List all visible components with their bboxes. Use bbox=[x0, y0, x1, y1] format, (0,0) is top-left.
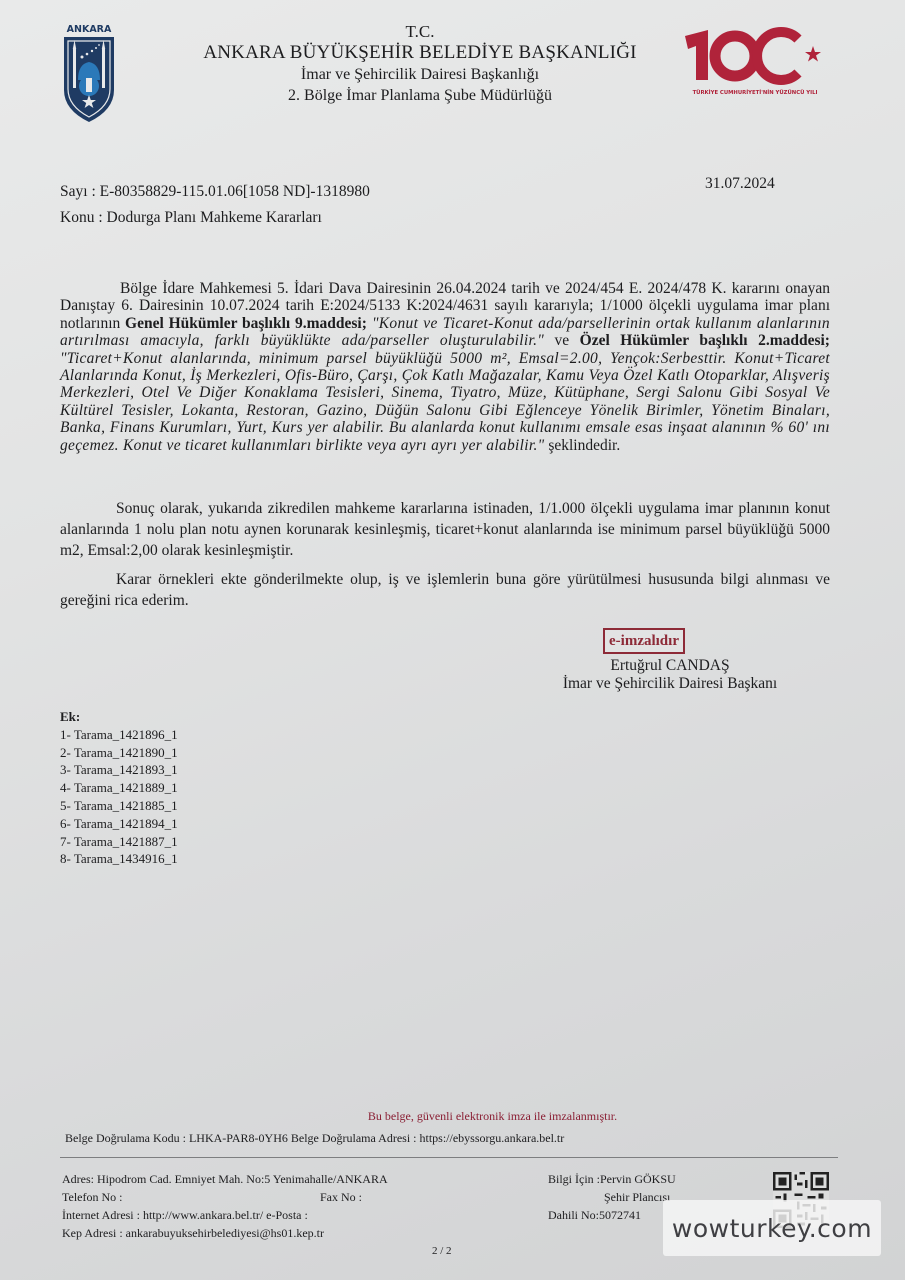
header-organization: ANKARA BÜYÜKŞEHİR BELEDİYE BAŞKANLIĞI bbox=[180, 42, 660, 64]
centennial-100-icon: TÜRKİYE CUMHURİYETİ'NİN YÜZÜNCÜ YILI bbox=[680, 22, 830, 102]
footer-contact: Adres: Hipodrom Cad. Emniyet Mah. No:5 Y… bbox=[62, 1170, 388, 1242]
sayi-label: Sayı bbox=[60, 183, 88, 200]
header-tc: T.C. bbox=[180, 22, 660, 42]
watermark: wowturkey.com bbox=[663, 1200, 881, 1256]
secure-signature-note: Bu belge, güvenli elektronik imza ile im… bbox=[0, 1109, 905, 1124]
attachment-item: 5- Tarama_1421885_1 bbox=[60, 797, 178, 815]
konu-value: : Dodurga Planı Mahkeme Kararları bbox=[98, 209, 322, 226]
signatory-name: Ertuğrul CANDAŞ bbox=[520, 657, 820, 675]
attachment-item: 7- Tarama_1421887_1 bbox=[60, 833, 178, 851]
document-subject: Konu : Dodurga Planı Mahkeme Kararları bbox=[60, 209, 322, 227]
document-number: Sayı : E-80358829-115.01.06[1058 ND]-131… bbox=[60, 183, 370, 201]
footer-address: Adres: Hipodrom Cad. Emniyet Mah. No:5 Y… bbox=[62, 1170, 388, 1188]
special-provisions-heading: Özel Hükümler başlıklı 2.maddesi; bbox=[580, 332, 830, 349]
sayi-value: : E-80358829-115.01.06[1058 ND]-1318980 bbox=[91, 183, 369, 200]
attachment-item: 1- Tarama_1421896_1 bbox=[60, 726, 178, 744]
body-paragraph-1: Bölge İdare Mahkemesi 5. İdari Dava Dair… bbox=[60, 280, 830, 454]
footer-kep: Kep Adresi : ankarabuyuksehirbelediyesi@… bbox=[62, 1224, 388, 1242]
document-page: ANKARA T.C. ANKARA BÜYÜKŞEHİR BELEDİYE B… bbox=[0, 0, 905, 1280]
signatory: Ertuğrul CANDAŞ İmar ve Şehircilik Daire… bbox=[520, 657, 820, 693]
body-paragraph-3: Karar örnekleri ekte gönderilmekte olup,… bbox=[60, 569, 830, 611]
attachment-item: 4- Tarama_1421889_1 bbox=[60, 779, 178, 797]
footer-contact-person: Bilgi İçin :Pervin GÖKSU Şehir Plancısı … bbox=[548, 1170, 676, 1224]
body-paragraph-2: Sonuç olarak, yukarıda zikredilen mahkem… bbox=[60, 498, 830, 561]
document-date: 31.07.2024 bbox=[705, 175, 775, 193]
general-provisions-heading: Genel Hükümler başlıklı 9.maddesi; bbox=[125, 315, 367, 332]
page-number: 2 / 2 bbox=[432, 1245, 452, 1257]
info-extension: Dahili No:5072741 bbox=[548, 1206, 676, 1224]
ankara-emblem-icon: ANKARA bbox=[58, 22, 120, 124]
special-provisions-quote: "Ticaret+Konut alanlarında, minimum pars… bbox=[60, 350, 830, 454]
svg-text:ANKARA: ANKARA bbox=[67, 24, 112, 35]
attachment-item: 3- Tarama_1421893_1 bbox=[60, 761, 178, 779]
verification-info: Belge Doğrulama Kodu : LHKA-PAR8-0YH6 Be… bbox=[65, 1131, 564, 1146]
info-person-title: Şehir Plancısı bbox=[548, 1188, 676, 1206]
attachment-item: 2- Tarama_1421890_1 bbox=[60, 744, 178, 762]
header-branch: 2. Bölge İmar Planlama Şube Müdürlüğü bbox=[180, 85, 660, 106]
signatory-title: İmar ve Şehircilik Dairesi Başkanı bbox=[520, 675, 820, 693]
konu-label: Konu bbox=[60, 209, 94, 226]
footer-fax: Fax No : bbox=[320, 1188, 362, 1206]
attachment-item: 6- Tarama_1421894_1 bbox=[60, 815, 178, 833]
info-person: Bilgi İçin :Pervin GÖKSU bbox=[548, 1170, 676, 1188]
letterhead: T.C. ANKARA BÜYÜKŞEHİR BELEDİYE BAŞKANLI… bbox=[180, 22, 660, 106]
footer-internet: İnternet Adresi : http://www.ankara.bel.… bbox=[62, 1206, 388, 1224]
attachments-list: Ek: 1- Tarama_1421896_1 2- Tarama_142189… bbox=[60, 708, 178, 868]
footer-divider bbox=[60, 1157, 838, 1158]
header-department: İmar ve Şehircilik Dairesi Başkanlığı bbox=[180, 64, 660, 85]
e-signature-stamp: e-imzalıdır bbox=[603, 628, 685, 654]
svg-text:TÜRKİYE CUMHURİYETİ'NİN YÜZÜNC: TÜRKİYE CUMHURİYETİ'NİN YÜZÜNCÜ YILI bbox=[693, 89, 818, 96]
attachments-title: Ek: bbox=[60, 708, 178, 726]
footer-phone: Telefon No : bbox=[62, 1188, 320, 1206]
attachment-item: 8- Tarama_1434916_1 bbox=[60, 850, 178, 868]
